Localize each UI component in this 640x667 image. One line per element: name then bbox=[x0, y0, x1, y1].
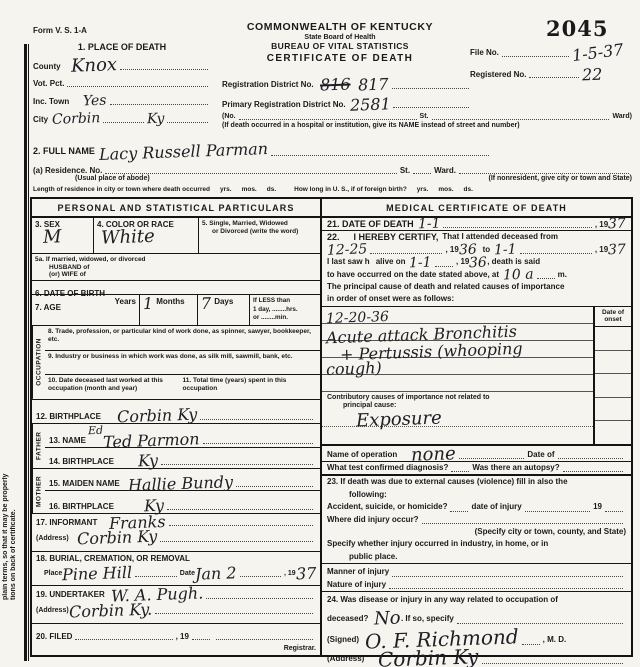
physician-address-line bbox=[482, 662, 623, 664]
mother-maiden-line bbox=[236, 485, 313, 487]
injury-19-line bbox=[605, 510, 623, 512]
hospital-ward-label: Ward) bbox=[612, 113, 632, 121]
date-of-death-year-value: 37 bbox=[608, 219, 626, 232]
onset-row bbox=[595, 398, 631, 422]
specify-whether-label-1: Specify whether injury occurred in indus… bbox=[327, 539, 548, 549]
father-birthplace-line bbox=[161, 463, 313, 465]
medical-certificate-column: MEDICAL CERTIFICATE OF DEATH 21. DATE OF… bbox=[322, 199, 631, 655]
inc-town-line bbox=[110, 103, 208, 105]
informant-label: 17. INFORMANT bbox=[36, 518, 97, 527]
burial-place-label: Place bbox=[44, 570, 62, 578]
principal-cause-label-1: The principal cause of death and related… bbox=[327, 282, 564, 292]
occupation-vertical-label: OCCUPATION bbox=[32, 326, 45, 399]
registered-no-value: 22 bbox=[581, 67, 602, 81]
burial-place-line bbox=[135, 575, 176, 577]
autopsy-line bbox=[563, 470, 623, 472]
onset-row bbox=[595, 327, 631, 351]
place-of-death-title: 1. PLACE OF DEATH bbox=[33, 42, 211, 52]
physician-address-label: (Address) bbox=[327, 654, 364, 664]
age-days-label: Days bbox=[214, 297, 233, 306]
age-days-value: 7 bbox=[201, 297, 212, 311]
mother-maiden-value: Hallie Bundy bbox=[127, 475, 232, 492]
age-less-label-1: If LESS than bbox=[253, 297, 317, 306]
city-line-2 bbox=[167, 121, 208, 123]
date-of-death-year-prefix: , 19 bbox=[595, 220, 608, 229]
attended-from-value: 12-25 bbox=[327, 245, 368, 258]
birthplace-label: 12. BIRTHPLACE bbox=[36, 412, 101, 421]
external-causes-label-1: 23. If death was due to external causes … bbox=[327, 477, 568, 487]
external-causes-block: 23. If death was due to external causes … bbox=[322, 476, 631, 564]
informant-address-label: (Address) bbox=[36, 535, 69, 543]
filed-field: 20. FILED , 19 Registrar. bbox=[32, 624, 320, 655]
registered-no-line bbox=[529, 76, 578, 78]
spouse-label-2: HUSBAND of bbox=[35, 264, 317, 271]
sex-field: 3. SEX M bbox=[32, 218, 94, 253]
undertaker-label: 19. UNDERTAKER bbox=[36, 590, 105, 599]
age-less-label-3: or ........min. bbox=[253, 314, 317, 323]
nature-of-injury-label: Nature of injury bbox=[327, 580, 386, 590]
burial-label: 18. BURIAL, CREMATION, OR REMOVAL bbox=[36, 554, 190, 563]
full-name-row: 2. FULL NAME Lacy Russell Parman bbox=[33, 145, 632, 157]
registration-district-value: 817 bbox=[358, 77, 389, 92]
autopsy-label: Was there an autopsy? bbox=[472, 463, 559, 473]
undertaker-field: 19. UNDERTAKER W. A. Pugh. (Address) Cor… bbox=[32, 586, 320, 624]
last-worked-field: 10. Date deceased last worked at this oc… bbox=[48, 377, 183, 397]
father-name-field: 13. NAME Ed Ted Parmon bbox=[45, 424, 320, 448]
marital-label-2: or Divorced (write the word) bbox=[202, 228, 317, 236]
total-time-field: 11. Total time (years) spent in this occ… bbox=[183, 377, 318, 397]
length-left-label: Length of residence in city or town wher… bbox=[33, 186, 210, 193]
accident-label: Accident, suicide, or homicide? bbox=[327, 502, 447, 512]
length-mos-label: mos. bbox=[242, 186, 257, 193]
occurred-time-line bbox=[537, 277, 555, 279]
onset-row bbox=[595, 374, 631, 398]
age-years-label: Years bbox=[115, 297, 136, 306]
operation-label: Name of operation bbox=[327, 450, 397, 460]
onset-label-1: Date of bbox=[595, 309, 631, 317]
length-ds-label: ds. bbox=[267, 186, 276, 193]
age-less-label-2: 1 day, ........hrs. bbox=[253, 306, 317, 315]
county-line bbox=[120, 68, 208, 70]
spouse-label-1: 5a. If married, widowed, or divorced bbox=[35, 256, 317, 263]
age-months-label: Months bbox=[156, 297, 184, 306]
mother-birthplace-field: 16. BIRTHPLACE Ky bbox=[45, 491, 320, 513]
test-autopsy-field: What test confirmed diagnosis? Was there… bbox=[322, 462, 631, 476]
father-birthplace-field: 14. BIRTHPLACE Ky bbox=[45, 448, 320, 468]
voting-precinct-label: Vot. Pct. bbox=[33, 79, 64, 88]
certificate-grid: PERSONAL AND STATISTICAL PARTICULARS 3. … bbox=[30, 197, 633, 657]
date-of-injury-line bbox=[525, 510, 590, 512]
manner-of-injury-label: Manner of injury bbox=[327, 567, 389, 577]
age-field: 7. AGE Years 1 Months 7 Days If LESS tha… bbox=[32, 295, 320, 326]
length-right-label: How long in U. S., if of foreign birth? bbox=[294, 186, 407, 193]
occupation-relation-label: 24. Was disease or injury in any way rel… bbox=[327, 595, 558, 605]
operation-line bbox=[459, 457, 524, 459]
length-yrs2-label: yrs. bbox=[417, 186, 429, 193]
test-line bbox=[451, 470, 469, 472]
cause-line-3: cough) bbox=[326, 361, 382, 377]
county-value: Knox bbox=[70, 57, 117, 74]
residence-st-line bbox=[413, 172, 431, 174]
burial-place-value: Pine Hill bbox=[62, 566, 132, 582]
birthplace-field: 12. BIRTHPLACE Corbin Ky bbox=[32, 400, 320, 424]
personal-section-title: PERSONAL AND STATISTICAL PARTICULARS bbox=[32, 199, 320, 218]
file-no-label: File No. bbox=[470, 48, 499, 57]
birthplace-value: Corbin Ky bbox=[117, 408, 198, 424]
filed-year-line bbox=[192, 638, 210, 640]
informant-address-value: Corbin Ky bbox=[76, 530, 157, 546]
signed-label: (Signed) bbox=[327, 635, 359, 645]
birthplace-line bbox=[200, 418, 313, 420]
father-birthplace-value: Ky bbox=[138, 454, 158, 468]
principal-cause-label-2: in order of onset were as follows: bbox=[327, 294, 454, 304]
if-so-specify-label: . If so, specify bbox=[401, 614, 454, 624]
father-name-superscript: Ed bbox=[88, 426, 103, 436]
manner-of-injury-line bbox=[392, 575, 623, 577]
nonresident-note: (If nonresident, give city or town and S… bbox=[488, 175, 632, 183]
margin-line-1: plain terms, so that it may be properly bbox=[2, 290, 9, 600]
length-of-residence-row: Length of residence in city or town wher… bbox=[33, 186, 632, 193]
burial-field: 18. BURIAL, CREMATION, OR REMOVAL Place … bbox=[32, 552, 320, 586]
date-of-death-value: 1-1 bbox=[417, 219, 440, 232]
bureau-subtitle: BUREAU OF VITAL STATISTICS bbox=[205, 41, 475, 51]
physician-address-value: Corbin Ky bbox=[378, 648, 479, 667]
burial-year-prefix: , 19 bbox=[284, 570, 296, 578]
abode-note: (Usual place of abode) bbox=[75, 175, 150, 183]
marital-status-field: 5. Single, Married, Widowed or Divorced … bbox=[199, 218, 320, 253]
onset-row bbox=[595, 351, 631, 375]
where-injury-line bbox=[422, 522, 623, 524]
hospital-no-label: (No. bbox=[222, 113, 236, 121]
mother-birthplace-label: 16. BIRTHPLACE bbox=[49, 502, 114, 511]
informant-line bbox=[169, 524, 313, 526]
residence-st-label: St. bbox=[400, 166, 410, 175]
filed-label: 20. FILED bbox=[36, 632, 72, 641]
mother-birthplace-value: Ky bbox=[144, 499, 164, 513]
external-causes-label-2: following: bbox=[349, 490, 387, 500]
date-of-death-label: 21. DATE OF DEATH bbox=[327, 219, 414, 229]
registration-district-label: Registration District No. bbox=[222, 80, 314, 89]
burial-year-value: 37 bbox=[295, 567, 316, 581]
attended-to-value: 1-1 bbox=[494, 245, 517, 258]
attended-to-year-value: 37 bbox=[608, 245, 626, 258]
file-number-block: File No. 1-5-37 Registered No. 22 bbox=[470, 46, 632, 89]
mother-block: MOTHER 15. MAIDEN NAME Hallie Bundy 16. … bbox=[32, 469, 320, 514]
filed-date-line bbox=[75, 638, 172, 640]
undertaker-address-label: (Address) bbox=[36, 607, 69, 615]
specify-whether-label-2: public place. bbox=[349, 552, 397, 562]
margin-instructions: plain terms, so that it may be properly … bbox=[2, 290, 17, 600]
father-name-line bbox=[203, 442, 313, 444]
informant-address-line bbox=[160, 540, 313, 542]
color-race-value: White bbox=[101, 228, 195, 247]
full-name-line bbox=[271, 154, 489, 156]
cause-of-death-block: 12-20-36 Acute attack Bronchitis + Pertu… bbox=[322, 307, 631, 446]
hospital-st-line bbox=[432, 118, 610, 120]
residence-row: (a) Residence. No. St. Ward. (Usual plac… bbox=[33, 166, 632, 183]
accident-line bbox=[450, 510, 468, 512]
father-block: FATHER 13. NAME Ed Ted Parmon 14. BIRTHP… bbox=[32, 424, 320, 469]
certificate-header: COMMONWEALTH OF KENTUCKY State Board of … bbox=[205, 21, 475, 64]
occupation-relation-value: No bbox=[374, 611, 401, 627]
margin-line-2: tions on back of certificate. bbox=[10, 290, 17, 600]
file-no-value: 1-5-37 bbox=[572, 43, 625, 63]
hospital-note: (If death occurred in a hospital or inst… bbox=[222, 122, 632, 130]
board-subtitle: State Board of Health bbox=[205, 34, 475, 41]
file-no-line bbox=[502, 55, 570, 57]
attended-from-line bbox=[370, 252, 442, 254]
alive-on-label: alive on bbox=[376, 257, 406, 267]
industry-field: 9. Industry or business in which work wa… bbox=[45, 351, 320, 376]
certify-number: 22. bbox=[327, 232, 340, 242]
occurred-time-value: 10 a bbox=[503, 269, 534, 282]
undertaker-address-line bbox=[155, 612, 313, 614]
undertaker-line bbox=[206, 597, 313, 599]
where-injury-label: Where did injury occur? bbox=[327, 515, 419, 525]
residence-label: (a) Residence. No. bbox=[33, 166, 102, 175]
onset-row bbox=[595, 421, 631, 444]
registration-district-line bbox=[392, 87, 469, 89]
city-state-value: Ky bbox=[147, 114, 165, 126]
contributory-value: Exposure bbox=[356, 411, 442, 429]
undertaker-address-value: Corbin Ky. bbox=[68, 602, 152, 618]
commonwealth-title: COMMONWEALTH OF KENTUCKY bbox=[205, 21, 475, 33]
contributory-label-1: Contributory causes of importance not re… bbox=[327, 394, 588, 402]
father-birthplace-label: 14. BIRTHPLACE bbox=[49, 457, 114, 466]
last-saw-label: I last saw h bbox=[327, 257, 370, 267]
injury-19-label: 19 bbox=[593, 502, 602, 512]
primary-registration-value: 2581 bbox=[349, 97, 390, 112]
primary-registration-label: Primary Registration District No. bbox=[222, 100, 346, 109]
date-of-death-line bbox=[443, 226, 592, 228]
residence-no-line bbox=[105, 172, 396, 174]
cause-onset-date-value: 12-20-36 bbox=[326, 312, 389, 326]
certify-block: 22. I HEREBY CERTIFY, That I attended de… bbox=[322, 231, 631, 306]
primary-registration-line bbox=[393, 106, 469, 108]
residence-ward-label: Ward. bbox=[434, 166, 456, 175]
city-line-1 bbox=[103, 121, 144, 123]
attended-to-line bbox=[520, 252, 592, 254]
father-name-value: Ted Parmon bbox=[103, 432, 200, 449]
place-of-death-block: 1. PLACE OF DEATH County Knox Vot. Pct. … bbox=[33, 42, 211, 132]
father-name-label: 13. NAME bbox=[49, 436, 86, 445]
mother-birthplace-line bbox=[167, 508, 313, 510]
if-so-specify-line bbox=[457, 622, 623, 624]
burial-date-value: Jan 2 bbox=[195, 566, 237, 581]
full-name-value: Lacy Russell Parman bbox=[99, 142, 268, 161]
signed-line bbox=[522, 643, 540, 645]
age-less-than-day-field: If LESS than 1 day, ........hrs. or ....… bbox=[250, 295, 320, 325]
date-of-death-field: 21. DATE OF DEATH 1-1 , 19 37 bbox=[322, 218, 631, 231]
hospital-note-block: (No. St. Ward) (If death occurred in a h… bbox=[222, 113, 632, 130]
certificate-stamp-number: 2045 bbox=[546, 16, 608, 41]
burial-date-label: Date bbox=[180, 570, 195, 578]
date-of-injury-label: date of injury bbox=[471, 502, 521, 512]
informant-field: 17. INFORMANT Franks (Address) Corbin Ky bbox=[32, 514, 320, 552]
attended-to-label: to bbox=[483, 245, 491, 255]
form-left-border bbox=[24, 44, 29, 661]
onset-label-2: onset bbox=[595, 316, 631, 324]
hospital-st-label: St. bbox=[420, 113, 429, 121]
operation-date-label: Date of bbox=[527, 450, 554, 460]
inc-town-value: Yes bbox=[83, 96, 107, 109]
length-ds2-label: ds. bbox=[464, 186, 473, 193]
form-number: Form V. S. 1-A bbox=[33, 26, 87, 35]
operation-value: none bbox=[411, 446, 456, 463]
last-saw-year-prefix: , 19 bbox=[456, 257, 469, 267]
city-label: City bbox=[33, 115, 48, 124]
date-of-birth-field: 6. DATE OF BIRTH bbox=[32, 281, 320, 295]
age-months-value: 1 bbox=[143, 297, 154, 311]
attended-from-year-prefix: , 19 bbox=[445, 245, 458, 255]
trade-field: 8. Trade, profession, or particular kind… bbox=[45, 326, 320, 351]
last-saw-value: 1-1 bbox=[409, 257, 432, 270]
date-of-onset-column: Date of onset bbox=[593, 307, 631, 444]
spouse-field: 5a. If married, widowed, or divorced HUS… bbox=[32, 254, 320, 281]
color-race-field: 4. COLOR OR RACE White bbox=[94, 218, 199, 253]
age-label: 7. AGE bbox=[35, 303, 61, 312]
hospital-no-line bbox=[239, 118, 417, 120]
operation-field: Name of operation none Date of bbox=[322, 446, 631, 462]
certificate-title: CERTIFICATE OF DEATH bbox=[205, 53, 475, 64]
nature-of-injury-line bbox=[389, 587, 623, 589]
personal-particulars-column: PERSONAL AND STATISTICAL PARTICULARS 3. … bbox=[32, 199, 322, 655]
length-mos2-label: mos. bbox=[438, 186, 453, 193]
occurred-m-label: m. bbox=[558, 270, 567, 280]
registrar-label: Registrar. bbox=[284, 645, 316, 653]
length-yrs-label: yrs. bbox=[220, 186, 232, 193]
death-certificate-page: plain terms, so that it may be properly … bbox=[0, 0, 640, 667]
mother-vertical-label: MOTHER bbox=[32, 469, 45, 513]
md-label: , M. D. bbox=[543, 635, 567, 645]
last-saw-year-value: 36 bbox=[469, 257, 487, 270]
medical-section-title: MEDICAL CERTIFICATE OF DEATH bbox=[322, 199, 631, 218]
burial-date-line bbox=[240, 575, 281, 577]
father-vertical-label: FATHER bbox=[32, 424, 45, 468]
operation-date-line bbox=[558, 457, 623, 459]
county-label: County bbox=[33, 62, 61, 71]
registration-district-struck-value: 816 bbox=[319, 77, 350, 92]
attended-to-year-prefix: , 19 bbox=[595, 245, 608, 255]
sex-value: M bbox=[43, 228, 91, 245]
specify-city-note: (Specify city or town, county, and State… bbox=[475, 527, 626, 537]
city-value: Corbin bbox=[52, 114, 101, 128]
voting-precinct-line bbox=[67, 85, 208, 87]
registered-no-label: Registered No. bbox=[470, 70, 526, 79]
registration-district-block: Registration District No. 816 817 Primar… bbox=[222, 78, 472, 117]
contributory-label-2: principal cause: bbox=[327, 402, 588, 410]
last-saw-line bbox=[435, 265, 453, 267]
full-name-label: 2. FULL NAME bbox=[33, 146, 95, 156]
mother-maiden-field: 15. MAIDEN NAME Hallie Bundy bbox=[45, 469, 320, 492]
manner-nature-block: Manner of injury Nature of injury bbox=[322, 564, 631, 592]
spouse-label-3: (or) WIFE of bbox=[35, 271, 317, 278]
filed-year-prefix: , 19 bbox=[176, 632, 189, 641]
inc-town-label: Inc. Town bbox=[33, 97, 69, 106]
registrar-signature-line bbox=[216, 638, 313, 640]
residence-ward-line bbox=[459, 172, 629, 174]
deceased-label: deceased? bbox=[327, 614, 368, 624]
mother-maiden-label: 15. MAIDEN NAME bbox=[49, 479, 120, 488]
marital-label-1: 5. Single, Married, Widowed bbox=[202, 220, 317, 228]
occupation-block: OCCUPATION 8. Trade, profession, or part… bbox=[32, 326, 320, 400]
occupation-relation-block: 24. Was disease or injury in any way rel… bbox=[322, 592, 631, 666]
